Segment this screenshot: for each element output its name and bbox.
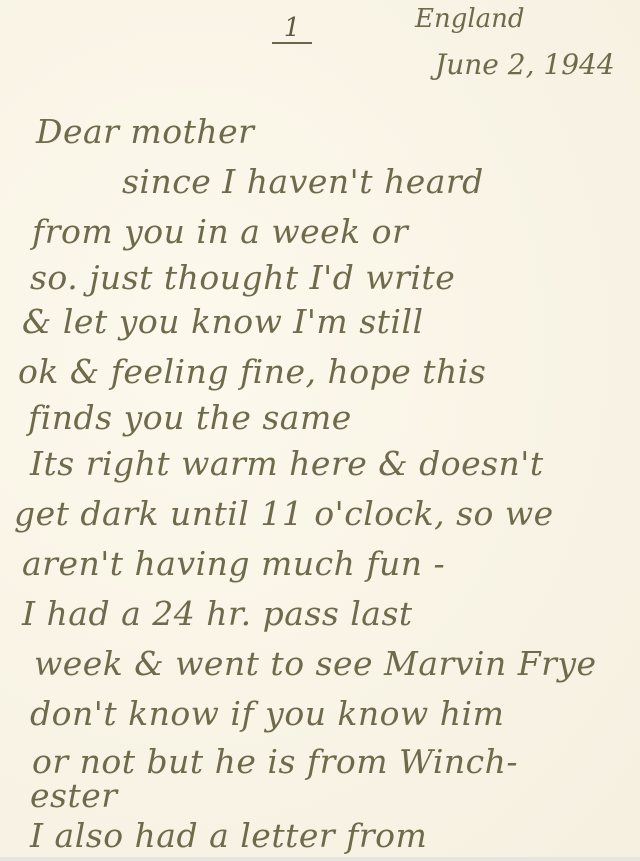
letter-line: I also had a letter from: [30, 816, 427, 855]
letter-line: finds you the same: [28, 398, 352, 437]
letter-line: week & went to see Marvin Frye: [34, 644, 597, 683]
letter-line: ester: [30, 776, 118, 815]
scan-edge: [0, 857, 640, 861]
page-number: 1: [272, 14, 312, 44]
letter-line: aren't having much fun -: [22, 544, 445, 583]
letter-place: England: [415, 4, 525, 34]
letter-line: don't know if you know him: [30, 694, 504, 733]
letter-line: I had a 24 hr. pass last: [22, 594, 413, 633]
salutation: Dear mother: [36, 112, 254, 151]
letter-page: 1 England June 2, 1944 Dear mother since…: [0, 0, 640, 861]
letter-line: from you in a week or: [32, 212, 408, 251]
letter-line: Its right warm here & doesn't: [30, 444, 544, 483]
letter-line: so. just thought I'd write: [30, 258, 455, 297]
letter-line: since I haven't heard: [122, 162, 484, 201]
letter-line: ok & feeling fine, hope this: [18, 352, 486, 391]
letter-line: & let you know I'm still: [22, 302, 424, 341]
letter-line: get dark until 11 o'clock, so we: [14, 494, 554, 533]
letter-date: June 2, 1944: [435, 48, 615, 81]
